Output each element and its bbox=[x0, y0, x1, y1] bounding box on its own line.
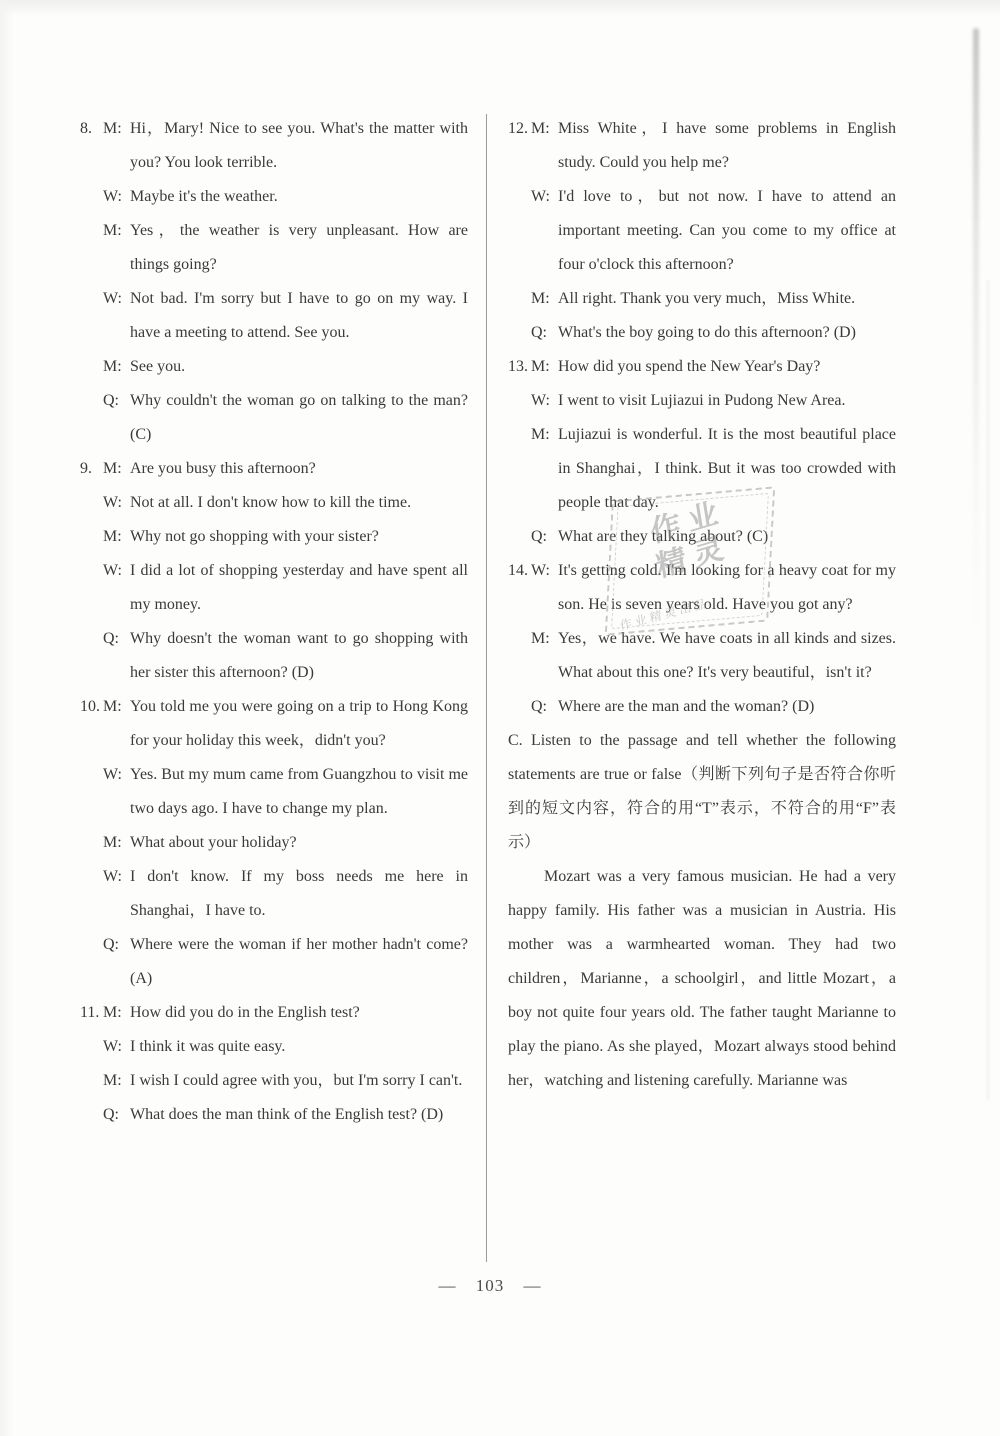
turn-text: What does the man think of the English t… bbox=[130, 1106, 443, 1123]
speaker-label: Q: bbox=[103, 384, 130, 418]
speaker-label: W: bbox=[103, 1030, 130, 1064]
dialogue-turn: Q:What's the boy going to do this aftern… bbox=[508, 316, 896, 350]
dialogue-turn: W:Yes. But my mum came from Guangzhou to… bbox=[80, 758, 468, 826]
dialogue-turn: W:Not bad. I'm sorry but I have to go on… bbox=[80, 282, 468, 350]
dialogue-turn: W:I think it was quite easy. bbox=[80, 1030, 468, 1064]
turn-text: Where were the woman if her mother hadn'… bbox=[130, 936, 468, 987]
turn-text: Why couldn't the woman go on talking to … bbox=[130, 392, 468, 443]
dialogue-turn: M:Why not go shopping with your sister? bbox=[80, 520, 468, 554]
speaker-label: M: bbox=[531, 622, 558, 656]
turn-text: Why doesn't the woman want to go shoppin… bbox=[130, 630, 468, 681]
dialogue-turn: W:I'd love to，but not now. I have to att… bbox=[508, 180, 896, 282]
speaker-label: W: bbox=[531, 384, 558, 418]
dialogue-turn: Q:What does the man think of the English… bbox=[80, 1098, 468, 1132]
speaker-label: M: bbox=[103, 520, 130, 554]
dialogue-turn: Q:Where were the woman if her mother had… bbox=[80, 928, 468, 996]
speaker-label: W: bbox=[531, 180, 558, 214]
dialogue-turn: W:I went to visit Lujiazui in Pudong New… bbox=[508, 384, 896, 418]
listening-passage: Mozart was a very famous musician. He ha… bbox=[508, 860, 896, 1098]
section-c-heading: C. Listen to the passage and tell whethe… bbox=[508, 724, 896, 860]
item-number: 13. bbox=[508, 350, 531, 384]
speaker-label: Q: bbox=[103, 1098, 130, 1132]
item-number: 10. bbox=[80, 690, 103, 724]
speaker-label: M: bbox=[103, 826, 130, 860]
dialogue-turn: M:Yes，we have. We have coats in all kind… bbox=[508, 622, 896, 690]
speaker-label: Q: bbox=[103, 928, 130, 962]
speaker-label: M: bbox=[103, 350, 130, 384]
speaker-label: Q: bbox=[103, 622, 130, 656]
left-column: 8.M:Hi，Mary! Nice to see you. What's the… bbox=[80, 112, 468, 1132]
speaker-label: Q: bbox=[531, 520, 558, 554]
dialogue-item-11: 11.M:How did you do in the English test?… bbox=[80, 996, 468, 1132]
turn-text: All right. Thank you very much，Miss Whit… bbox=[558, 290, 855, 307]
turn-text: Hi，Mary! Nice to see you. What's the mat… bbox=[130, 120, 468, 171]
dialogue-turn: M:Yes，the weather is very unpleasant. Ho… bbox=[80, 214, 468, 282]
turn-text: It's getting cold. I'm looking for a hea… bbox=[558, 562, 896, 613]
column-divider bbox=[486, 114, 487, 1262]
dialogue-turn: Q:Why doesn't the woman want to go shopp… bbox=[80, 622, 468, 690]
turn-text: Not bad. I'm sorry but I have to go on m… bbox=[130, 290, 468, 341]
dialogue-turn: M:See you. bbox=[80, 350, 468, 384]
turn-text: Why not go shopping with your sister? bbox=[130, 528, 379, 545]
scan-shadow-top bbox=[0, 0, 1000, 16]
turn-text: Miss White，I have some problems in Engli… bbox=[558, 120, 896, 171]
scan-streak bbox=[973, 28, 979, 638]
speaker-label: Q: bbox=[531, 690, 558, 724]
dialogue-item-8: 8.M:Hi，Mary! Nice to see you. What's the… bbox=[80, 112, 468, 452]
dialogue-turn: M:All right. Thank you very much，Miss Wh… bbox=[508, 282, 896, 316]
dialogue-turn: 9.M:Are you busy this afternoon? bbox=[80, 452, 468, 486]
speaker-label: W: bbox=[103, 180, 130, 214]
speaker-label: W: bbox=[531, 554, 558, 588]
dialogue-turn: Q:What are they talking about? (C) bbox=[508, 520, 896, 554]
turn-text: What are they talking about? (C) bbox=[558, 528, 768, 545]
dialogue-turn: 14.W:It's getting cold. I'm looking for … bbox=[508, 554, 896, 622]
dialogue-turn: 13.M:How did you spend the New Year's Da… bbox=[508, 350, 896, 384]
dialogue-item-13: 13.M:How did you spend the New Year's Da… bbox=[508, 350, 896, 554]
speaker-label: M: bbox=[103, 112, 130, 146]
dialogue-turn: 11.M:How did you do in the English test? bbox=[80, 996, 468, 1030]
scanned-page: 8.M:Hi，Mary! Nice to see you. What's the… bbox=[0, 0, 1000, 1436]
speaker-label: M: bbox=[531, 350, 558, 384]
speaker-label: M: bbox=[103, 1064, 130, 1098]
speaker-label: M: bbox=[531, 418, 558, 452]
turn-text: You told me you were going on a trip to … bbox=[130, 698, 468, 749]
speaker-label: W: bbox=[103, 860, 130, 894]
turn-text: I did a lot of shopping yesterday and ha… bbox=[130, 562, 468, 613]
turn-text: Yes，the weather is very unpleasant. How … bbox=[130, 222, 468, 273]
turn-text: How did you do in the English test? bbox=[130, 1004, 360, 1021]
speaker-label: M: bbox=[103, 996, 130, 1030]
dialogue-turn: Q:Where are the man and the woman? (D) bbox=[508, 690, 896, 724]
turn-text: Yes，we have. We have coats in all kinds … bbox=[558, 630, 896, 681]
dialogue-turn: 12.M:Miss White，I have some problems in … bbox=[508, 112, 896, 180]
item-number: 9. bbox=[80, 452, 103, 486]
dialogue-item-9: 9.M:Are you busy this afternoon? W:Not a… bbox=[80, 452, 468, 690]
turn-text: Where are the man and the woman? (D) bbox=[558, 698, 814, 715]
turn-text: Yes. But my mum came from Guangzhou to v… bbox=[130, 766, 468, 817]
speaker-label: M: bbox=[531, 112, 558, 146]
scan-shadow-left bbox=[0, 0, 14, 1436]
turn-text: I don't know. If my boss needs me here i… bbox=[130, 868, 468, 919]
turn-text: Lujiazui is wonderful. It is the most be… bbox=[558, 426, 896, 511]
dialogue-item-10: 10.M:You told me you were going on a tri… bbox=[80, 690, 468, 996]
turn-text: I'd love to，but not now. I have to atten… bbox=[558, 188, 896, 273]
dialogue-turn: M:What about your holiday? bbox=[80, 826, 468, 860]
speaker-label: W: bbox=[103, 282, 130, 316]
dialogue-item-14: 14.W:It's getting cold. I'm looking for … bbox=[508, 554, 896, 724]
dialogue-turn: W:Not at all. I don't know how to kill t… bbox=[80, 486, 468, 520]
turn-text: I think it was quite easy. bbox=[130, 1038, 285, 1055]
turn-text: Not at all. I don't know how to kill the… bbox=[130, 494, 411, 511]
turn-text: I wish I could agree with you，but I'm so… bbox=[130, 1072, 462, 1089]
speaker-label: M: bbox=[103, 452, 130, 486]
turn-text: Are you busy this afternoon? bbox=[130, 460, 316, 477]
dialogue-turn: W:I don't know. If my boss needs me here… bbox=[80, 860, 468, 928]
speaker-label: M: bbox=[103, 214, 130, 248]
turn-text: How did you spend the New Year's Day? bbox=[558, 358, 820, 375]
speaker-label: W: bbox=[103, 554, 130, 588]
speaker-label: M: bbox=[103, 690, 130, 724]
dialogue-turn: 10.M:You told me you were going on a tri… bbox=[80, 690, 468, 758]
item-number: 8. bbox=[80, 112, 103, 146]
item-number: 11. bbox=[80, 996, 103, 1030]
turn-text: Maybe it's the weather. bbox=[130, 188, 278, 205]
speaker-label: W: bbox=[103, 486, 130, 520]
dialogue-turn: 8.M:Hi，Mary! Nice to see you. What's the… bbox=[80, 112, 468, 180]
speaker-label: Q: bbox=[531, 316, 558, 350]
dialogue-item-12: 12.M:Miss White，I have some problems in … bbox=[508, 112, 896, 350]
dialogue-turn: W:I did a lot of shopping yesterday and … bbox=[80, 554, 468, 622]
dialogue-turn: W:Maybe it's the weather. bbox=[80, 180, 468, 214]
turn-text: See you. bbox=[130, 358, 185, 375]
turn-text: I went to visit Lujiazui in Pudong New A… bbox=[558, 392, 846, 409]
dialogue-turn: M:Lujiazui is wonderful. It is the most … bbox=[508, 418, 896, 520]
speaker-label: W: bbox=[103, 758, 130, 792]
item-number: 12. bbox=[508, 112, 531, 146]
scan-streak-faint bbox=[987, 280, 989, 1100]
page-number: — 103 — bbox=[439, 1276, 542, 1296]
speaker-label: M: bbox=[531, 282, 558, 316]
dialogue-turn: M:I wish I could agree with you，but I'm … bbox=[80, 1064, 468, 1098]
right-column: 12.M:Miss White，I have some problems in … bbox=[508, 112, 896, 1098]
turn-text: What's the boy going to do this afternoo… bbox=[558, 324, 856, 341]
turn-text: What about your holiday? bbox=[130, 834, 297, 851]
item-number: 14. bbox=[508, 554, 531, 588]
dialogue-turn: Q:Why couldn't the woman go on talking t… bbox=[80, 384, 468, 452]
